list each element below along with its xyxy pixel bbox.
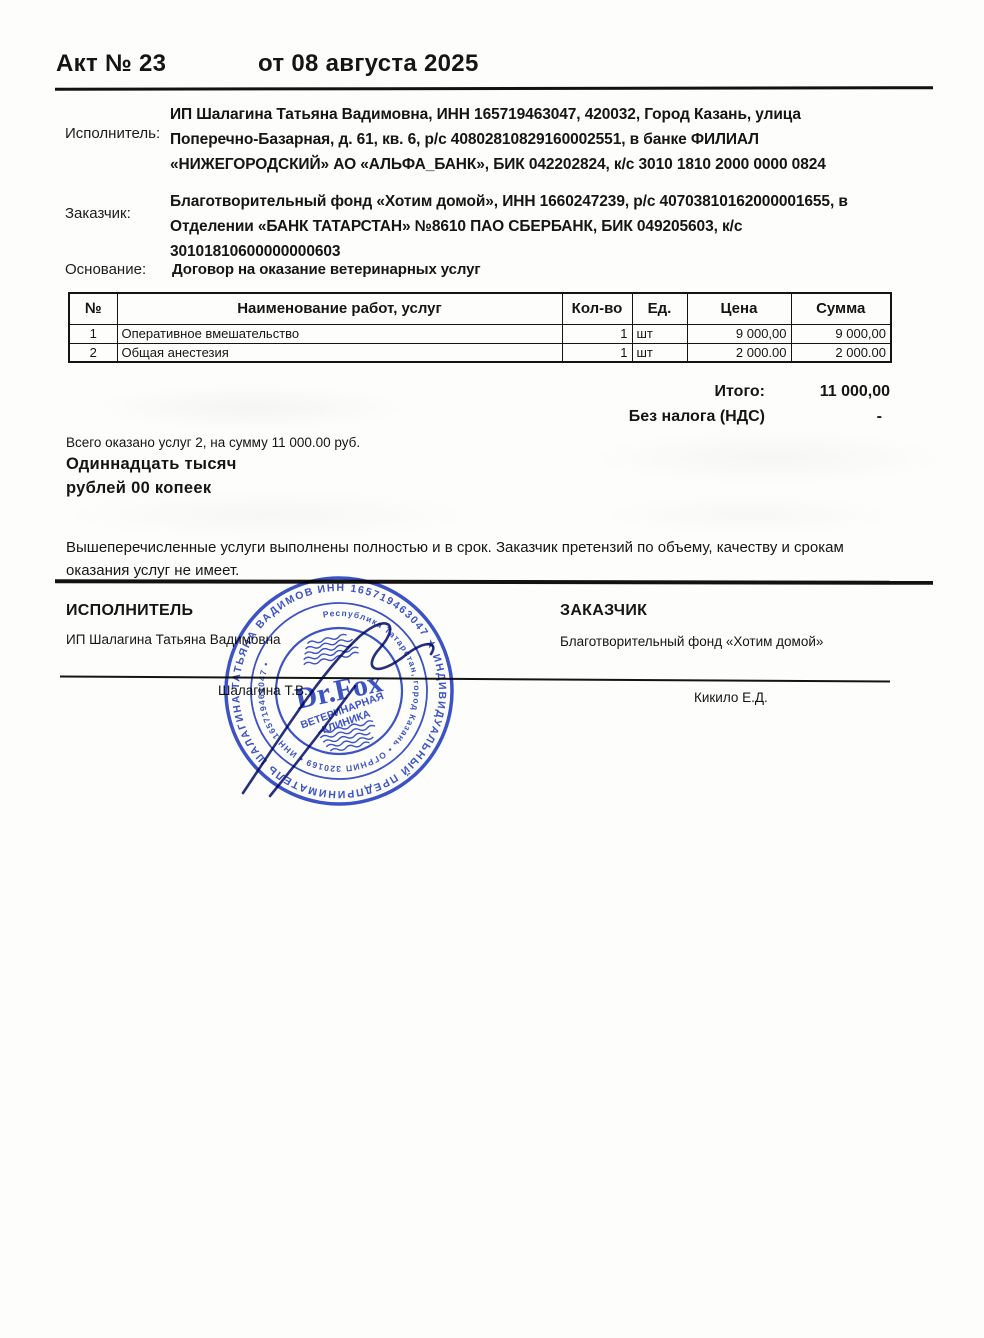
col-header-num: № — [69, 293, 117, 324]
services-summary: Всего оказано услуг 2, на сумму 11 000.0… — [66, 435, 360, 450]
cell-sum: 2 000.00 — [791, 343, 891, 362]
customer-label: Заказчик: — [65, 205, 131, 222]
executor-details: ИП Шалагина Татьяна Вадимовна, ИНН 16571… — [170, 102, 892, 177]
customer-signature-name: Благотворительный фонд «Хотим домой» — [560, 634, 823, 649]
table-row: 1 Оперативное вмешательство 1 шт 9 000,0… — [69, 324, 891, 343]
completion-statement: Вышеперечисленные услуги выполнены полно… — [66, 536, 884, 582]
amount-in-words-line2: рублей 00 копеек — [66, 479, 211, 498]
signature-icon — [225, 588, 495, 803]
tax-label: Без налога (НДС) — [540, 408, 765, 426]
document-page: Акт № 23 от 08 августа 2025 Исполнитель:… — [0, 0, 984, 1338]
cell-name: Оперативное вмешательство — [117, 324, 562, 343]
col-header-unit: Ед. — [632, 293, 687, 324]
cell-qty: 1 — [562, 343, 632, 362]
executor-signature-title: ИСПОЛНИТЕЛЬ — [66, 602, 193, 620]
cell-price: 2 000.00 — [687, 343, 791, 362]
services-table: № Наименование работ, услуг Кол-во Ед. Ц… — [68, 292, 892, 363]
footer-divider — [55, 579, 933, 584]
col-header-sum: Сумма — [791, 293, 891, 324]
col-header-qty: Кол-во — [562, 293, 632, 324]
basis-label: Основание: — [65, 261, 146, 278]
customer-details: Благотворительный фонд «Хотим домой», ИН… — [170, 189, 892, 264]
document-title: Акт № 23 — [56, 50, 166, 78]
cell-num: 1 — [69, 324, 117, 343]
customer-signature-title: ЗАКАЗЧИК — [560, 602, 647, 620]
cell-name: Общая анестезия — [117, 343, 562, 362]
col-header-name: Наименование работ, услуг — [117, 293, 562, 324]
amount-in-words-line1: Одиннадцать тысяч — [66, 455, 237, 474]
col-header-price: Цена — [687, 293, 791, 324]
scan-smudge — [90, 385, 410, 430]
basis-value: Договор на оказание ветеринарных услуг — [172, 260, 772, 280]
cell-price: 9 000,00 — [687, 324, 791, 343]
table-header-row: № Наименование работ, услуг Кол-во Ед. Ц… — [69, 293, 891, 324]
document-date: от 08 августа 2025 — [258, 50, 479, 78]
handwritten-signature — [225, 588, 495, 803]
executor-label: Исполнитель: — [65, 125, 160, 142]
scan-smudge — [590, 430, 950, 485]
total-value: 11 000,00 — [765, 383, 890, 401]
cell-sum: 9 000,00 — [791, 324, 891, 343]
cell-unit: шт — [632, 324, 687, 343]
header-divider — [55, 86, 933, 91]
table-row: 2 Общая анестезия 1 шт 2 000.00 2 000.00 — [69, 343, 891, 362]
cell-num: 2 — [69, 343, 117, 362]
cell-qty: 1 — [562, 324, 632, 343]
total-label: Итого: — [600, 383, 765, 401]
tax-value: - — [765, 408, 882, 426]
scan-smudge — [600, 495, 900, 535]
customer-signer: Кикило Е.Д. — [694, 690, 768, 705]
cell-unit: шт — [632, 343, 687, 362]
